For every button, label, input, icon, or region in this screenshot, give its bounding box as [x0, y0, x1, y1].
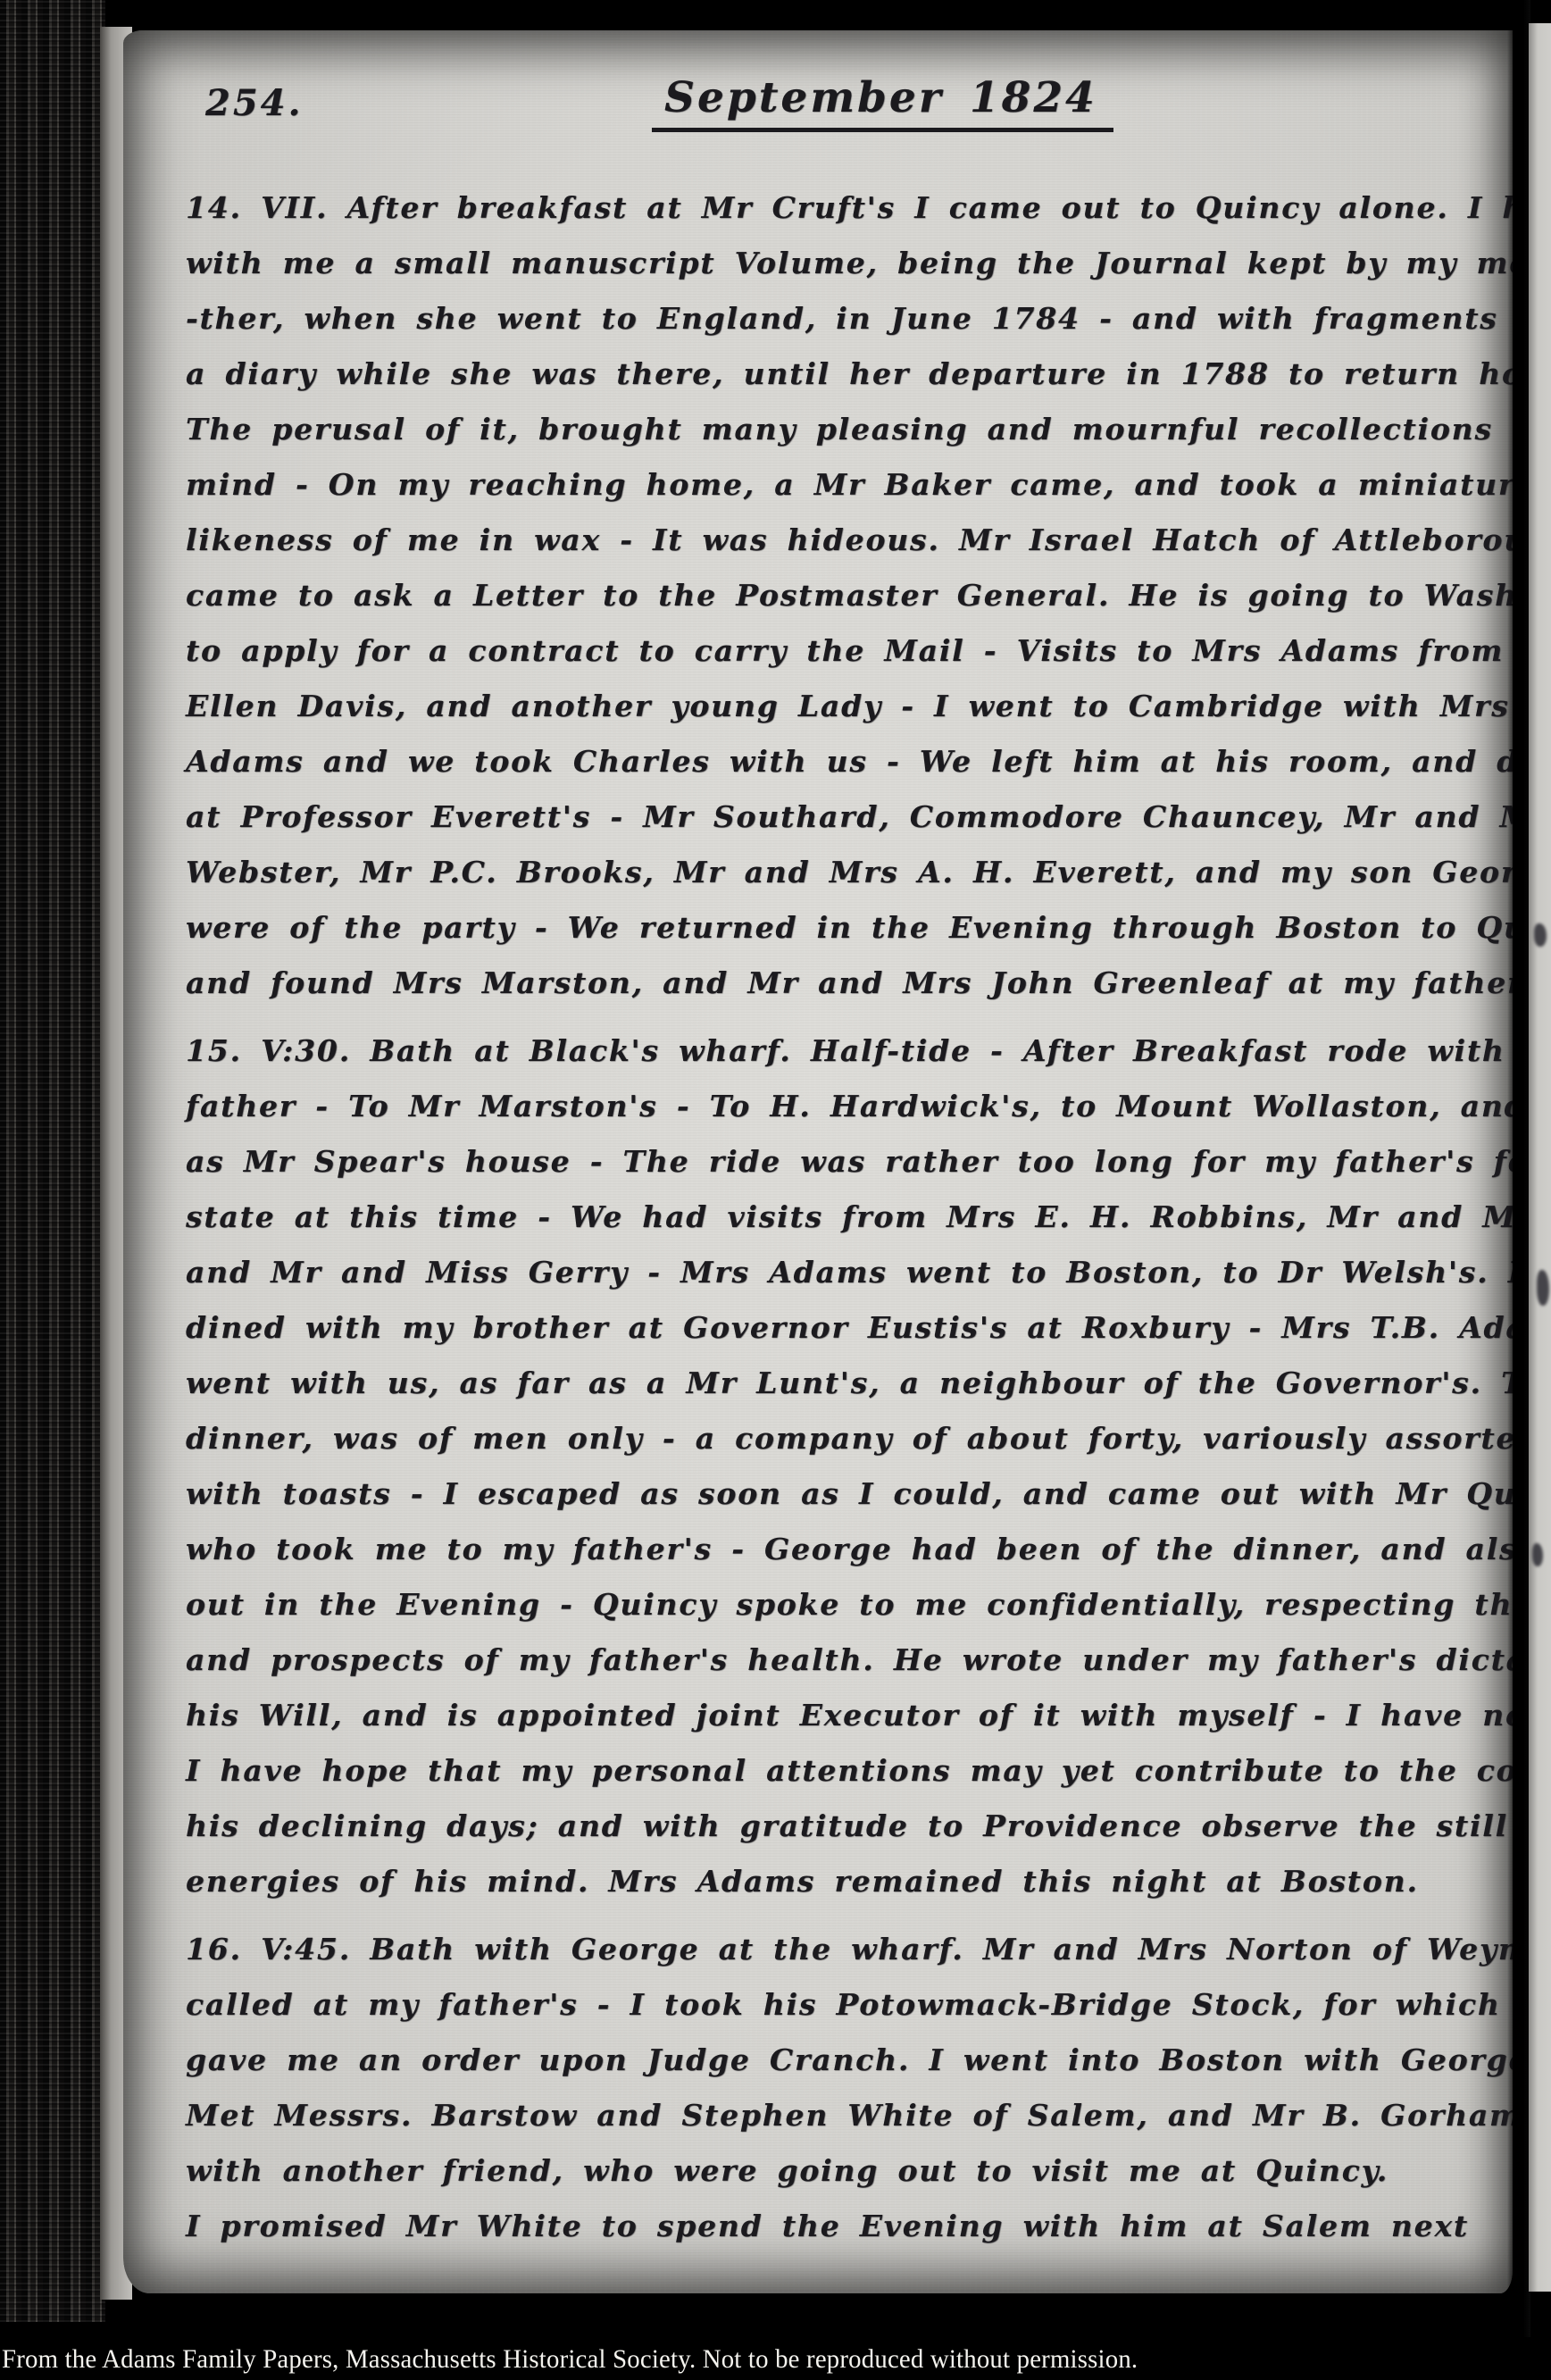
- manuscript-line: his Will, and is appointed joint Executo…: [186, 1688, 1475, 1743]
- manuscript-line: and Mr and Miss Gerry - Mrs Adams went t…: [186, 1245, 1475, 1300]
- facing-page-ink-fragment: [1532, 1543, 1543, 1566]
- diary-text: 14. VII. After breakfast at Mr Cruft's I…: [186, 180, 1475, 2267]
- manuscript-line: went with us, as far as a Mr Lunt's, a n…: [186, 1356, 1475, 1411]
- manuscript-line: were of the party - We returned in the E…: [186, 900, 1475, 956]
- manuscript-line: to apply for a contract to carry the Mai…: [186, 623, 1475, 679]
- manuscript-line: a diary while she was there, until her d…: [186, 347, 1475, 402]
- page-header: September 1824: [652, 73, 1113, 132]
- manuscript-line: Met Messrs. Barstow and Stephen White of…: [186, 2088, 1475, 2143]
- manuscript-page: 254. September 1824 14. VII. After break…: [123, 30, 1513, 2293]
- manuscript-line: Ellen Davis, and another young Lady - I …: [186, 679, 1475, 734]
- manuscript-line: mind - On my reaching home, a Mr Baker c…: [186, 457, 1475, 513]
- manuscript-line: dinner, was of men only - a company of a…: [186, 1411, 1475, 1466]
- manuscript-line: as Mr Spear's house - The ride was rathe…: [186, 1134, 1475, 1190]
- manuscript-line: likeness of me in wax - It was hideous. …: [186, 513, 1475, 568]
- facing-page-ink-fragment: [1537, 1270, 1549, 1306]
- diary-entry: 16. V:45. Bath with George at the wharf.…: [186, 1922, 1475, 2254]
- manuscript-line: Adams and we took Charles with us - We l…: [186, 734, 1475, 789]
- manuscript-line: at Professor Everett's - Mr Southard, Co…: [186, 789, 1475, 845]
- manuscript-line: The perusal of it, brought many pleasing…: [186, 402, 1475, 457]
- caption: From the Adams Family Papers, Massachuse…: [2, 2344, 1138, 2375]
- manuscript-line: 15. V:30. Bath at Black's wharf. Half-ti…: [186, 1023, 1475, 1079]
- caption-bar: From the Adams Family Papers, Massachuse…: [0, 2337, 1551, 2380]
- manuscript-line: and found Mrs Marston, and Mr and Mrs Jo…: [186, 956, 1475, 1011]
- page-gutter-shadow: [1507, 0, 1530, 2380]
- manuscript-line: with me a small manuscript Volume, being…: [186, 236, 1475, 291]
- page-number: 254.: [205, 82, 303, 124]
- manuscript-line: came to ask a Letter to the Postmaster G…: [186, 568, 1475, 623]
- manuscript-line: 14. VII. After breakfast at Mr Cruft's I…: [186, 180, 1475, 236]
- diary-entry: 15. V:30. Bath at Black's wharf. Half-ti…: [186, 1023, 1475, 1909]
- manuscript-line: out in the Evening - Quincy spoke to me …: [186, 1577, 1475, 1633]
- manuscript-line: with another friend, who were going out …: [186, 2143, 1475, 2199]
- manuscript-line: and prospects of my father's health. He …: [186, 1633, 1475, 1688]
- manuscript-line: called at my father's - I took his Potow…: [186, 1977, 1475, 2033]
- manuscript-line: father - To Mr Marston's - To H. Hardwic…: [186, 1079, 1475, 1134]
- facing-page-ink-fragment: [1534, 923, 1547, 947]
- manuscript-line: his declining days; and with gratitude t…: [186, 1799, 1475, 1854]
- facing-page-sliver: [1529, 23, 1551, 2292]
- manuscript-line: gave me an order upon Judge Cranch. I we…: [186, 2033, 1475, 2088]
- manuscript-line: state at this time - We had visits from …: [186, 1190, 1475, 1245]
- diary-entry: 14. VII. After breakfast at Mr Cruft's I…: [186, 180, 1475, 1011]
- manuscript-line: energies of his mind. Mrs Adams remained…: [186, 1854, 1475, 1909]
- book-page-edges: [0, 0, 105, 2322]
- manuscript-line: 16. V:45. Bath with George at the wharf.…: [186, 1922, 1475, 1977]
- manuscript-line: -ther, when she went to England, in June…: [186, 291, 1475, 347]
- manuscript-line: who took me to my father's - George had …: [186, 1522, 1475, 1577]
- manuscript-scan: 254. September 1824 14. VII. After break…: [0, 0, 1551, 2380]
- manuscript-line: I have hope that my personal attentions …: [186, 1743, 1475, 1799]
- manuscript-line: dined with my brother at Governor Eustis…: [186, 1300, 1475, 1356]
- manuscript-line: with toasts - I escaped as soon as I cou…: [186, 1466, 1475, 1522]
- manuscript-line: I promised Mr White to spend the Evening…: [186, 2199, 1475, 2254]
- manuscript-line: Webster, Mr P.C. Brooks, Mr and Mrs A. H…: [186, 845, 1475, 900]
